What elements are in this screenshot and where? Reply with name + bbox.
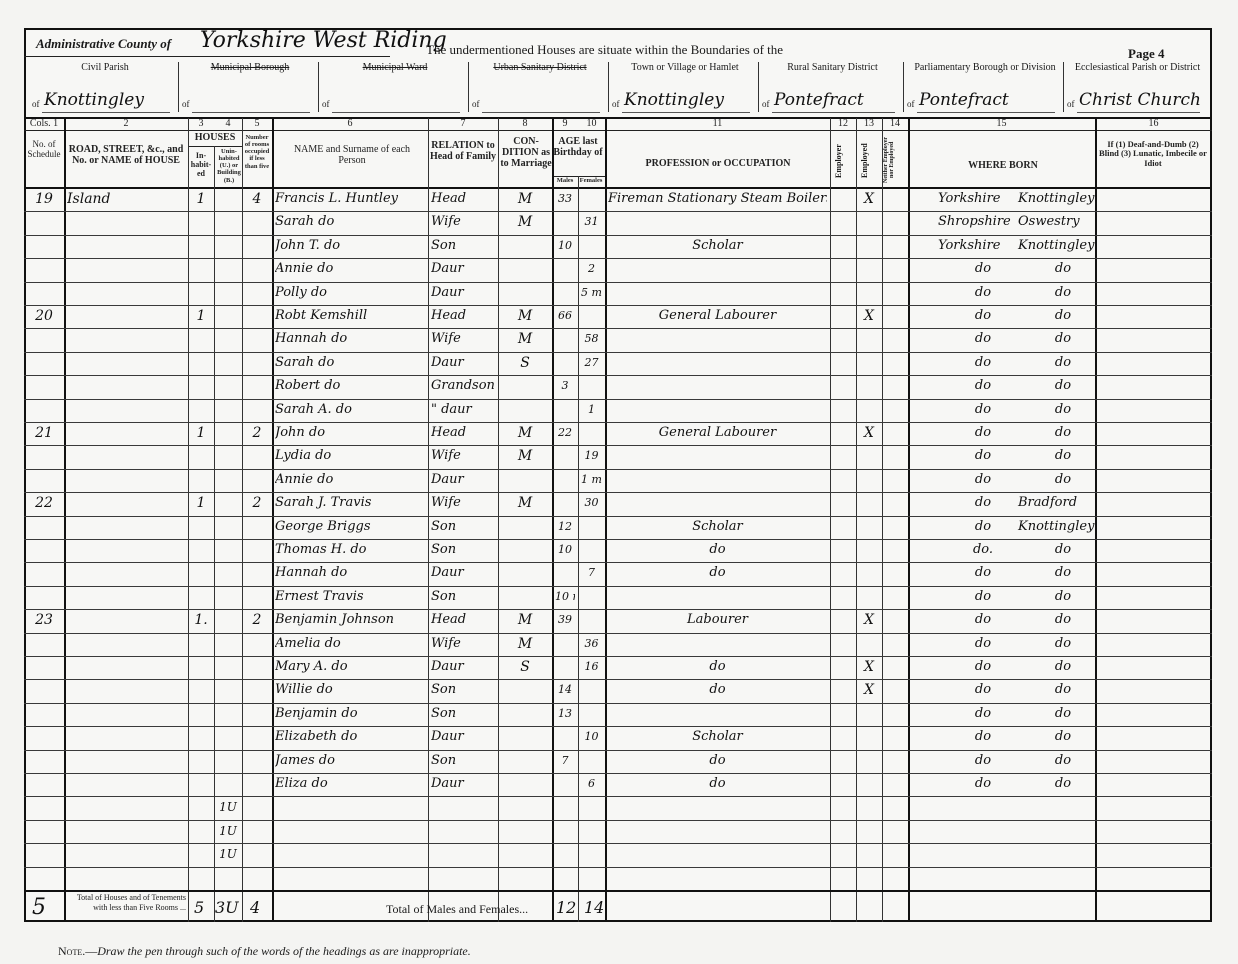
birth-county: do	[938, 565, 1028, 581]
col-uninhabited-header: Unin-habited (U.) or Building (B.)	[215, 148, 243, 184]
male-age: 33	[555, 191, 575, 207]
condition: M	[501, 495, 549, 511]
female-age: 1 mo	[581, 472, 602, 488]
relation: Daur	[431, 285, 495, 301]
birth-county: do	[938, 612, 1028, 628]
occupation: do	[608, 542, 827, 558]
condition: M	[501, 612, 549, 628]
col-relation-header: RELATION to Head of Family	[428, 140, 498, 162]
relation: Son	[431, 706, 495, 722]
male-age: 66	[555, 308, 575, 324]
houses-divider	[188, 146, 243, 147]
employed-mark: X	[859, 308, 879, 324]
birth-place: Oswestry	[1018, 214, 1108, 230]
birth-county: do	[938, 729, 1028, 745]
condition: M	[501, 636, 549, 652]
field-separator	[608, 62, 609, 112]
field-label: Municipal Borough	[180, 62, 320, 73]
field-value: Pontefract	[774, 90, 864, 110]
field-underline	[772, 112, 895, 113]
person-name: Annie do	[275, 261, 425, 277]
person-name: John do	[275, 425, 425, 441]
col-inhabited-header: In-habit-ed	[189, 152, 213, 178]
field-value: Pontefract	[919, 90, 1009, 110]
column-number: 3	[188, 118, 214, 129]
boundary-text: The undermentioned Houses are situate wi…	[426, 42, 783, 58]
employed-mark: X	[859, 425, 879, 441]
inhabited-count: 1	[191, 308, 211, 324]
column-number: 8	[498, 118, 552, 129]
field-label: Town or Village or Hamlet	[610, 62, 760, 73]
relation: Daur	[431, 776, 495, 792]
relation: Son	[431, 589, 495, 605]
field-underline	[332, 112, 460, 113]
occupation: do	[608, 682, 827, 698]
birth-place: do	[1018, 706, 1108, 722]
column-number: 6	[272, 118, 428, 129]
column-number: 5	[242, 118, 272, 129]
birth-county: do	[938, 706, 1028, 722]
relation: Wife	[431, 331, 495, 347]
birth-county: do	[938, 753, 1028, 769]
birth-place: do	[1018, 425, 1108, 441]
birth-place: do	[1018, 729, 1108, 745]
birth-place: do	[1018, 331, 1108, 347]
column-number: 16	[1095, 118, 1212, 129]
birth-place: do	[1018, 589, 1108, 605]
field-of-prefix: of	[322, 99, 330, 109]
footnote-text: Draw the pen through such of the words o…	[97, 944, 471, 958]
employed-mark: X	[859, 659, 879, 675]
uninhabited-count: 1U	[217, 823, 239, 839]
male-age: 13	[555, 706, 575, 722]
birth-county: Shropshire	[938, 214, 1028, 230]
rooms-count: 2	[245, 425, 269, 441]
relation: Son	[431, 519, 495, 535]
person-name: John T. do	[275, 238, 425, 254]
person-name: Sarah A. do	[275, 402, 425, 418]
total-uninhabited: 3U	[215, 898, 239, 917]
relation: Wife	[431, 214, 495, 230]
field-label: Urban Sanitary District	[470, 62, 610, 73]
col-occupation-header: PROFESSION or OCCUPATION	[608, 158, 828, 169]
female-age: 30	[581, 495, 602, 511]
person-name: Lydia do	[275, 448, 425, 464]
birth-county: do	[938, 355, 1028, 371]
occupation: Labourer	[608, 612, 827, 628]
female-age: 7	[581, 565, 602, 581]
admin-county-label: Administrative County of	[36, 36, 171, 52]
person-name: Benjamin Johnson	[275, 612, 425, 628]
field-separator	[903, 62, 904, 112]
birth-county: do	[938, 331, 1028, 347]
person-name: Willie do	[275, 682, 425, 698]
col-where-born-header: WHERE BORN	[912, 160, 1094, 171]
birth-place: do	[1018, 448, 1108, 464]
field-separator	[178, 62, 179, 112]
relation: Wife	[431, 495, 495, 511]
condition: M	[501, 308, 549, 324]
person-name: Sarah J. Travis	[275, 495, 425, 511]
employed-mark: X	[859, 612, 879, 628]
relation: Wife	[431, 448, 495, 464]
condition: S	[501, 659, 549, 675]
birth-place: do	[1018, 285, 1108, 301]
col-males-header: Males	[552, 177, 578, 184]
field-label: Rural Sanitary District	[760, 62, 905, 73]
relation: Head	[431, 612, 495, 628]
birth-county: do	[938, 425, 1028, 441]
occupation: General Labourer	[608, 425, 827, 441]
table-row	[24, 867, 1212, 890]
relation: Wife	[431, 636, 495, 652]
schedule-number: 20	[27, 308, 61, 324]
column-number: 12	[830, 118, 856, 129]
male-age: 39	[555, 612, 575, 628]
female-age: 27	[581, 355, 602, 371]
relation: Daur	[431, 659, 495, 675]
birth-county: do	[938, 519, 1028, 535]
male-age: 14	[555, 682, 575, 698]
birth-county: do.	[938, 542, 1028, 558]
birth-county: do	[938, 472, 1028, 488]
birth-county: do	[938, 448, 1028, 464]
male-age: 10	[555, 542, 575, 558]
occupation: Scholar	[608, 729, 827, 745]
birth-place: do	[1018, 308, 1108, 324]
female-age: 36	[581, 636, 602, 652]
birth-county: do	[938, 776, 1028, 792]
occupation: do	[608, 565, 827, 581]
person-name: Annie do	[275, 472, 425, 488]
relation: Daur	[431, 472, 495, 488]
birth-place: do	[1018, 261, 1108, 277]
field-of-prefix: of	[907, 99, 915, 109]
birth-place: do	[1018, 542, 1108, 558]
col-rooms-header: Number of rooms occupied if less than fi…	[244, 134, 270, 170]
colnum-divider	[24, 130, 1212, 131]
female-age: 2	[581, 261, 602, 277]
field-underline	[42, 112, 170, 113]
column-number: 2	[64, 118, 188, 129]
field-value: Knottingley	[44, 90, 144, 110]
col-infirmity-header: If (1) Deaf-and-Dumb (2) Blind (3) Lunat…	[1098, 140, 1208, 168]
condition: S	[501, 355, 549, 371]
birth-county: do	[938, 285, 1028, 301]
col-schedule-header: No. of Schedule	[26, 140, 62, 160]
col-houses-header: HOUSES	[190, 132, 240, 143]
female-age: 16	[581, 659, 602, 675]
total-houses-label: Total of Houses and of Tenements with le…	[68, 893, 186, 913]
occupation: Scholar	[608, 519, 827, 535]
person-name: Amelia do	[275, 636, 425, 652]
person-name: James do	[275, 753, 425, 769]
total-males: 12	[556, 898, 576, 917]
schedule-number: 22	[27, 495, 61, 511]
birth-place: do	[1018, 355, 1108, 371]
uninhabited-count: 1U	[217, 846, 239, 862]
occupation: Scholar	[608, 238, 827, 254]
occupation: do	[608, 753, 827, 769]
female-age: 10	[581, 729, 602, 745]
field-of-prefix: of	[1067, 99, 1075, 109]
condition: M	[501, 331, 549, 347]
birth-place: do	[1018, 402, 1108, 418]
occupation: General Labourer	[608, 308, 827, 324]
field-of-prefix: of	[472, 99, 480, 109]
col-employer-header: Employer	[834, 140, 856, 182]
employed-mark: X	[859, 682, 879, 698]
person-name: Eliza do	[275, 776, 425, 792]
birth-place: Knottingley	[1018, 238, 1108, 254]
field-separator	[468, 62, 469, 112]
birth-place: do	[1018, 753, 1108, 769]
footnote: Note.—Draw the pen through such of the w…	[58, 944, 471, 959]
field-value: Christ Church	[1079, 90, 1201, 110]
field-of-prefix: of	[762, 99, 770, 109]
page-number: Page 4	[1128, 46, 1164, 62]
person-name: Thomas H. do	[275, 542, 425, 558]
birth-place: Bradford	[1018, 495, 1108, 511]
birth-place: do	[1018, 636, 1108, 652]
field-underline	[482, 112, 600, 113]
column-number: 13	[856, 118, 882, 129]
totals-top-rule	[24, 890, 1212, 892]
person-name: George Briggs	[275, 519, 425, 535]
field-underline	[622, 112, 750, 113]
column-number: 15	[908, 118, 1095, 129]
relation: Daur	[431, 355, 495, 371]
schedule-number: 19	[27, 191, 61, 207]
relation: " daur	[431, 402, 495, 418]
male-age: 10	[555, 238, 575, 254]
birth-county: Yorkshire	[938, 191, 1028, 207]
occupation: Fireman Stationary Steam Boilers	[608, 191, 827, 207]
footnote-prefix: Note.—	[58, 944, 97, 958]
rooms-count: 2	[245, 495, 269, 511]
uninhabited-count: 1U	[217, 799, 239, 815]
birth-county: Yorkshire	[938, 238, 1028, 254]
field-of-prefix: of	[32, 99, 40, 109]
field-of-prefix: of	[612, 99, 620, 109]
admin-county-value: Yorkshire West Riding	[200, 28, 447, 53]
schedule-number: 21	[27, 425, 61, 441]
male-age: 12	[555, 519, 575, 535]
person-name: Polly do	[275, 285, 425, 301]
relation: Daur	[431, 729, 495, 745]
person-name: Sarah do	[275, 214, 425, 230]
birth-county: do	[938, 402, 1028, 418]
birth-place: do	[1018, 565, 1108, 581]
birth-county: do	[938, 636, 1028, 652]
occupation: do	[608, 659, 827, 675]
birth-place: do	[1018, 682, 1108, 698]
field-underline	[192, 112, 310, 113]
total-rooms: 4	[250, 898, 260, 917]
column-number: Cols. 1	[24, 118, 64, 129]
birth-county: do	[938, 495, 1028, 511]
field-separator	[758, 62, 759, 112]
inhabited-count: 1	[191, 425, 211, 441]
condition: M	[501, 448, 549, 464]
total-persons-label: Total of Males and Females...	[386, 902, 528, 917]
birth-county: do	[938, 682, 1028, 698]
female-age: 6	[581, 776, 602, 792]
field-of-prefix: of	[182, 99, 190, 109]
condition: M	[501, 425, 549, 441]
field-label: Parliamentary Borough or Division	[905, 62, 1065, 73]
female-age: 19	[581, 448, 602, 464]
title-underline	[24, 56, 390, 57]
col-neither-header: Neither Employer nor Employed	[883, 136, 909, 184]
person-name: Ernest Travis	[275, 589, 425, 605]
column-number: 10	[578, 118, 605, 129]
female-age: 1	[581, 402, 602, 418]
relation: Head	[431, 191, 495, 207]
relation: Son	[431, 542, 495, 558]
person-name: Hannah do	[275, 565, 425, 581]
table-row	[24, 820, 1212, 843]
field-label: Civil Parish	[30, 62, 180, 73]
field-value: Knottingley	[624, 90, 724, 110]
relation: Son	[431, 753, 495, 769]
birth-county: do	[938, 659, 1028, 675]
relation: Daur	[431, 261, 495, 277]
col-age-header: AGE last Birthday of	[552, 136, 604, 158]
relation: Head	[431, 425, 495, 441]
field-separator	[318, 62, 319, 112]
male-age: 3	[555, 378, 575, 394]
female-age: 31	[581, 214, 602, 230]
field-underline	[917, 112, 1055, 113]
person-name: Robt Kemshill	[275, 308, 425, 324]
birth-place: do	[1018, 659, 1108, 675]
relation: Son	[431, 238, 495, 254]
male-age: 22	[555, 425, 575, 441]
employed-mark: X	[859, 191, 879, 207]
col-condition-header: CON-DITION as to Marriage	[500, 136, 552, 169]
rooms-count: 2	[245, 612, 269, 628]
field-separator	[1063, 62, 1064, 112]
table-row	[24, 843, 1212, 866]
person-name: Mary A. do	[275, 659, 425, 675]
relation: Daur	[431, 565, 495, 581]
rooms-count: 4	[245, 191, 269, 207]
table-row	[24, 796, 1212, 819]
person-name: Benjamin do	[275, 706, 425, 722]
condition: M	[501, 191, 549, 207]
total-schedules: 5	[32, 895, 46, 920]
birth-place: do	[1018, 612, 1108, 628]
field-label: Ecclesiastical Parish or District	[1065, 62, 1210, 73]
female-age: 5 mo	[581, 285, 602, 301]
column-number: 4	[214, 118, 242, 129]
total-females: 14	[584, 898, 604, 917]
inhabited-count: 1.	[191, 612, 211, 628]
column-number: 11	[605, 118, 830, 129]
male-age: 7	[555, 753, 575, 769]
birth-county: do	[938, 378, 1028, 394]
person-name: Elizabeth do	[275, 729, 425, 745]
birth-place: Knottingley	[1018, 519, 1108, 535]
person-name: Hannah do	[275, 331, 425, 347]
female-age: 58	[581, 331, 602, 347]
birth-county: do	[938, 261, 1028, 277]
inhabited-count: 1	[191, 495, 211, 511]
birth-place: do	[1018, 378, 1108, 394]
field-underline	[1077, 112, 1200, 113]
col-employed-header: Employed	[860, 140, 882, 182]
road-name: Island	[67, 191, 185, 207]
birth-county: do	[938, 589, 1028, 605]
birth-place: do	[1018, 472, 1108, 488]
occupation: do	[608, 776, 827, 792]
person-name: Sarah do	[275, 355, 425, 371]
person-name: Francis L. Huntley	[275, 191, 425, 207]
col-name-header: NAME and Surname of each Person	[282, 144, 422, 166]
col-females-header: Females	[578, 177, 604, 184]
relation: Head	[431, 308, 495, 324]
birth-place: Knottingley	[1018, 191, 1108, 207]
column-number: 7	[428, 118, 498, 129]
male-age: 10 mo	[555, 589, 575, 605]
field-label: Municipal Ward	[320, 62, 470, 73]
birth-county: do	[938, 308, 1028, 324]
condition: M	[501, 214, 549, 230]
column-number: 14	[882, 118, 908, 129]
total-inhabited: 5	[194, 898, 204, 917]
schedule-number: 23	[27, 612, 61, 628]
person-name: Robert do	[275, 378, 425, 394]
inhabited-count: 1	[191, 191, 211, 207]
relation: Grandson	[431, 378, 495, 394]
column-number: 9	[552, 118, 578, 129]
birth-place: do	[1018, 776, 1108, 792]
col-road-header: ROAD, STREET, &c., and No. or NAME of HO…	[66, 144, 186, 166]
relation: Son	[431, 682, 495, 698]
